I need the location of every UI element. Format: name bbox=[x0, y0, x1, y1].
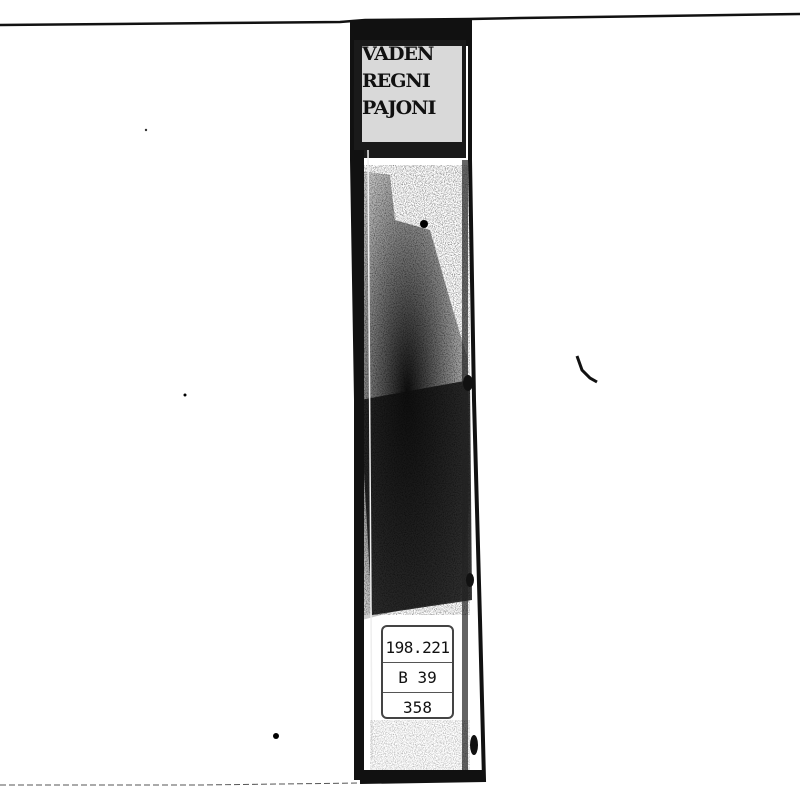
page-bottom-edge bbox=[0, 783, 360, 785]
shelf-label-cutter: B 39 bbox=[383, 663, 452, 693]
spine-title-line: REGNI bbox=[362, 67, 462, 94]
shelf-label: 198.221 B 39 358 bbox=[381, 625, 454, 719]
shelf-label-classification: 198.221 bbox=[383, 633, 452, 663]
spine-title-line: VADEN bbox=[362, 40, 462, 67]
shelf-label-number: 358 bbox=[383, 693, 452, 722]
spine-title: VADEN REGNI PAJONI bbox=[362, 40, 462, 132]
spine-title-line: PAJONI bbox=[362, 94, 462, 121]
